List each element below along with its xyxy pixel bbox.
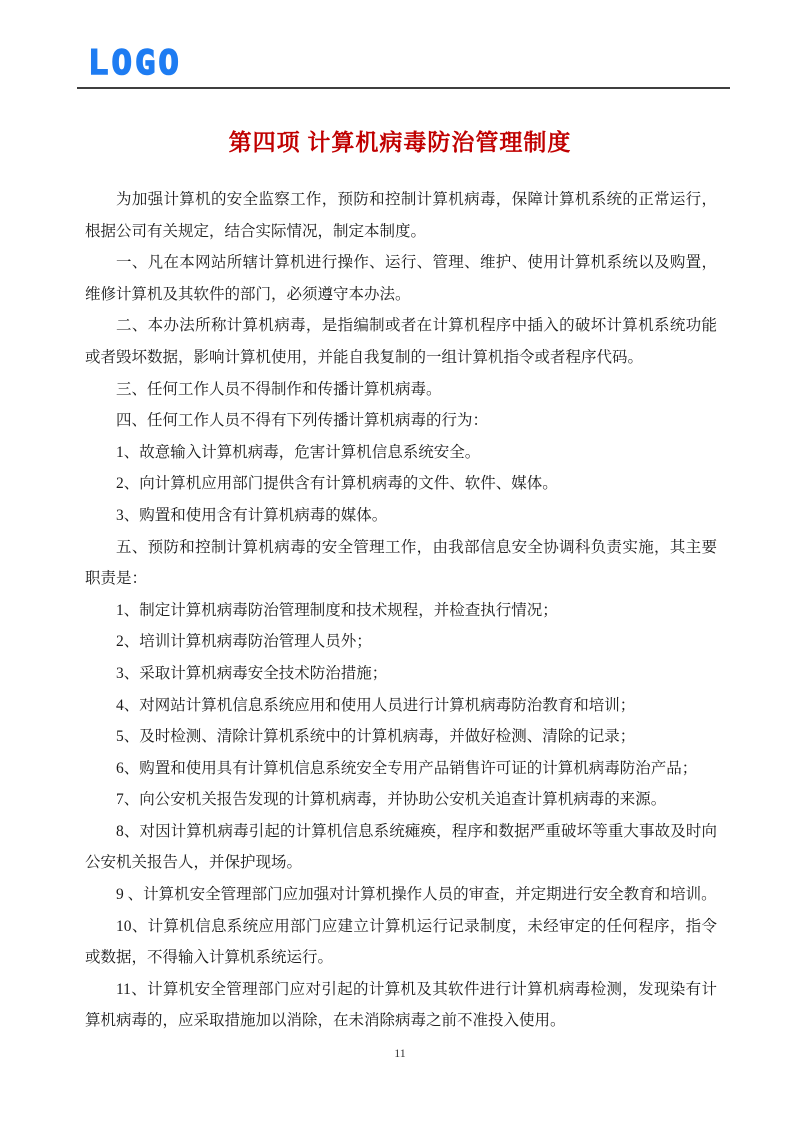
- paragraph-duty-1: 1、制定计算机病毒防治管理制度和技术规程，并检查执行情况；: [85, 595, 717, 627]
- paragraph-duty-4: 4、对网站计算机信息系统应用和使用人员进行计算机病毒防治教育和培训；: [85, 690, 717, 722]
- paragraph-item-3: 三、任何工作人员不得制作和传播计算机病毒。: [85, 374, 717, 406]
- document-title: 第四项 计算机病毒防治管理制度: [0, 124, 800, 157]
- paragraph-item-1: 一、凡在本网站所辖计算机进行操作、运行、管理、维护、使用计算机系统以及购置，维修…: [85, 247, 717, 310]
- company-logo: LOGO: [88, 46, 800, 80]
- paragraph-duty-9: 9 、计算机安全管理部门应加强对计算机操作人员的审查，并定期进行安全教育和培训。: [85, 879, 717, 911]
- paragraph-duty-7: 7、向公安机关报告发现的计算机病毒，并协助公安机关追查计算机病毒的来源。: [85, 784, 717, 816]
- document-page: LOGO 第四项 计算机病毒防治管理制度 为加强计算机的安全监察工作，预防和控制…: [0, 0, 800, 1132]
- paragraph-duty-8: 8、对因计算机病毒引起的计算机信息系统瘫痪，程序和数据严重破坏等重大事故及时向公…: [85, 816, 717, 879]
- page-header: LOGO: [0, 0, 800, 89]
- header-divider: [77, 87, 730, 89]
- paragraph-duty-11: 11、计算机安全管理部门应对引起的计算机及其软件进行计算机病毒检测，发现染有计算…: [85, 974, 717, 1037]
- paragraph-duty-5: 5、及时检测、清除计算机系统中的计算机病毒，并做好检测、清除的记录；: [85, 721, 717, 753]
- paragraph-item-5: 五、预防和控制计算机病毒的安全管理工作，由我部信息安全协调科负责实施，其主要职责…: [85, 532, 717, 595]
- paragraph-duty-6: 6、购置和使用具有计算机信息系统安全专用产品销售许可证的计算机病毒防治产品；: [85, 753, 717, 785]
- paragraph-duty-3: 3、采取计算机病毒安全技术防治措施；: [85, 658, 717, 690]
- paragraph-intro: 为加强计算机的安全监察工作，预防和控制计算机病毒，保障计算机系统的正常运行，根据…: [85, 184, 717, 247]
- paragraph-duty-10: 10、计算机信息系统应用部门应建立计算机运行记录制度，未经审定的任何程序，指令或…: [85, 911, 717, 974]
- paragraph-item-4-sub-1: 1、故意输入计算机病毒，危害计算机信息系统安全。: [85, 437, 717, 469]
- paragraph-item-4-sub-2: 2、向计算机应用部门提供含有计算机病毒的文件、软件、媒体。: [85, 468, 717, 500]
- page-number: 11: [0, 1046, 800, 1061]
- document-body: 为加强计算机的安全监察工作，预防和控制计算机病毒，保障计算机系统的正常运行，根据…: [85, 184, 717, 1037]
- paragraph-item-2: 二、本办法所称计算机病毒，是指编制或者在计算机程序中插入的破坏计算机系统功能或者…: [85, 310, 717, 373]
- paragraph-duty-2: 2、培训计算机病毒防治管理人员外；: [85, 626, 717, 658]
- paragraph-item-4-sub-3: 3、购置和使用含有计算机病毒的媒体。: [85, 500, 717, 532]
- paragraph-item-4: 四、任何工作人员不得有下列传播计算机病毒的行为：: [85, 405, 717, 437]
